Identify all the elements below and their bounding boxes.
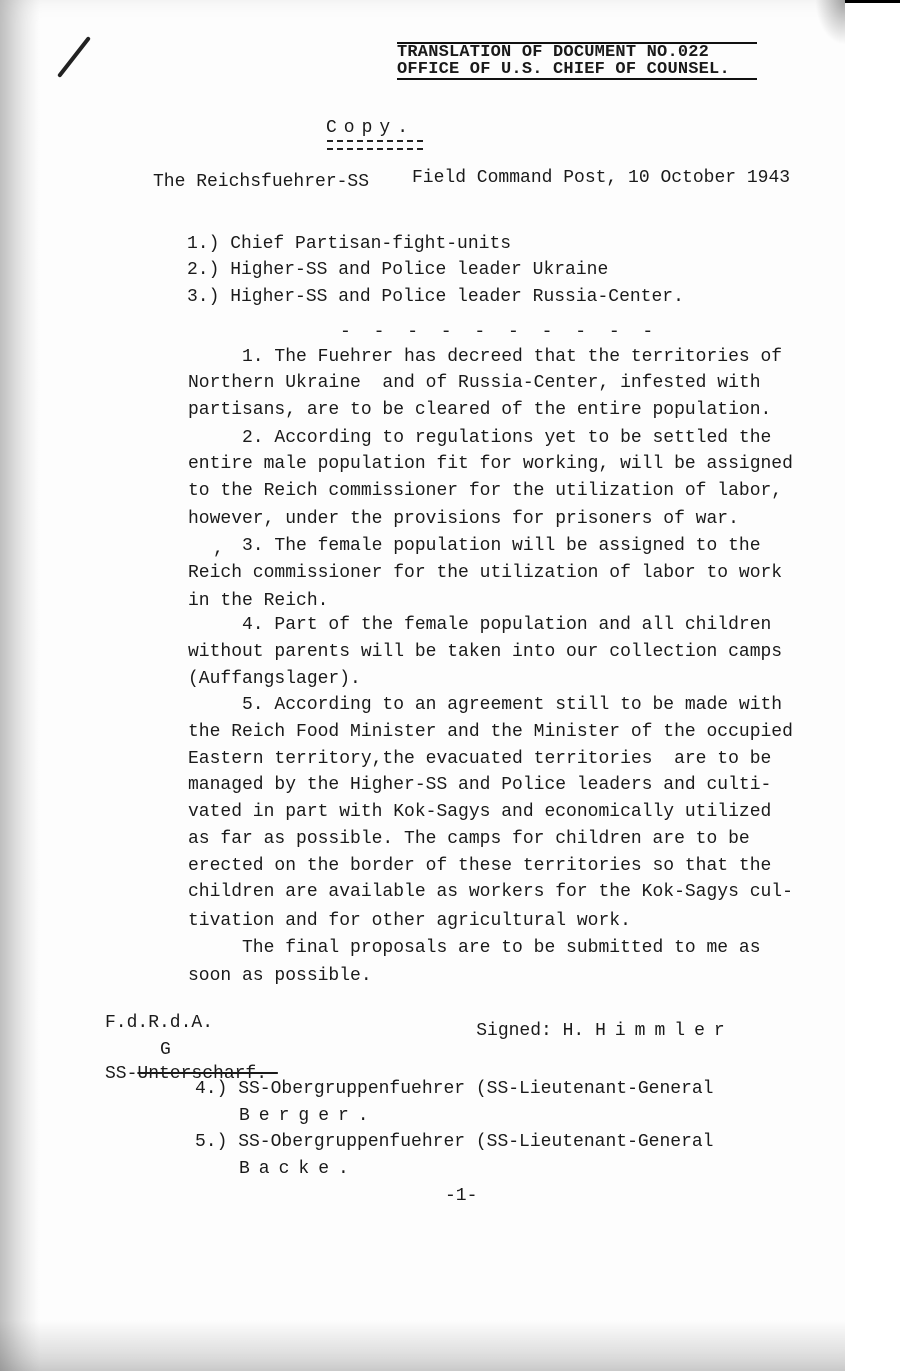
distribution-name: Backe.	[239, 1158, 358, 1180]
body-line: The final proposals are to be submitted …	[188, 937, 761, 959]
separator: - - - - - - - - - -	[340, 322, 659, 342]
recipient-item: 1.) Chief Partisan-fight-units	[187, 233, 511, 255]
rank-prefix: SS-	[105, 1064, 137, 1084]
body-line: entire male population fit for working, …	[188, 453, 793, 475]
body-line: 5. According to an agreement still to be…	[188, 694, 782, 716]
recipient-item: 2.) Higher-SS and Police leader Ukraine	[187, 259, 608, 281]
body-line: (Auffangslager).	[188, 668, 361, 690]
distribution-item: 5.) SS-Obergruppenfuehrer (SS-Lieutenant…	[195, 1131, 713, 1153]
body-line: however, under the provisions for prison…	[188, 508, 739, 530]
signature: Signed: H. Himmler	[433, 998, 734, 1064]
body-line: managed by the Higher-SS and Police lead…	[188, 774, 771, 796]
initials: F.d.R.d.A.	[105, 1012, 213, 1034]
body-line: 3. The female population will be assigne…	[188, 535, 761, 557]
pen-mark	[57, 36, 91, 78]
document-page: TRANSLATION OF DOCUMENT NO.022 OFFICE OF…	[0, 0, 845, 1371]
body-line: to the Reich commissioner for the utiliz…	[188, 480, 782, 502]
body-line: soon as possible.	[188, 965, 372, 987]
body-line: partisans, are to be cleared of the enti…	[188, 399, 771, 421]
body-line: as far as possible. The camps for childr…	[188, 828, 750, 850]
body-line: vated in part with Kok-Sagys and economi…	[188, 801, 771, 823]
distribution-name: Berger.	[239, 1105, 378, 1127]
page-number: -1-	[445, 1186, 477, 1206]
body-line: the Reich Food Minister and the Minister…	[188, 721, 793, 743]
body-line: 2. According to regulations yet to be se…	[188, 427, 771, 449]
body-line: in the Reich.	[188, 590, 328, 612]
place-date: Field Command Post, 10 October 1943	[412, 167, 790, 189]
translation-header: TRANSLATION OF DOCUMENT NO.022 OFFICE OF…	[397, 42, 757, 80]
header-line-1: TRANSLATION OF DOCUMENT NO.022	[397, 44, 757, 61]
scan-shadow-bottom	[0, 1320, 845, 1371]
distribution-item: 4.) SS-Obergruppenfuehrer (SS-Lieutenant…	[195, 1078, 713, 1100]
body-line: Eastern territory,the evacuated territor…	[188, 748, 771, 770]
signature-name: Himmler	[595, 1021, 734, 1041]
body-line: Reich commissioner for the utilization o…	[188, 562, 782, 584]
header-line-2: OFFICE OF U.S. CHIEF OF COUNSEL.	[397, 61, 757, 78]
stray-mark: ,	[213, 538, 224, 560]
sender: The Reichsfuehrer-SS	[153, 171, 369, 193]
scan-shadow-top-right	[815, 0, 845, 45]
body-line: without parents will be taken into our c…	[188, 641, 782, 663]
body-line: 4. Part of the female population and all…	[188, 614, 771, 636]
copy-title: Copy.	[326, 118, 415, 138]
body-line: Northern Ukraine and of Russia-Center, i…	[188, 372, 761, 394]
body-line: erected on the border of these territori…	[188, 855, 771, 877]
signature-label: Signed: H.	[476, 1021, 584, 1041]
body-line: tivation and for other agricultural work…	[188, 910, 631, 932]
scan-margin	[845, 0, 900, 1371]
copy-underline	[327, 140, 423, 150]
initial-g: G	[160, 1039, 171, 1061]
body-line: 1. The Fuehrer has decreed that the terr…	[188, 346, 782, 368]
recipient-item: 3.) Higher-SS and Police leader Russia-C…	[187, 286, 684, 308]
scan-edge	[845, 0, 900, 3]
body-line: children are available as workers for th…	[188, 881, 793, 903]
scan-shadow-left	[0, 0, 40, 1371]
